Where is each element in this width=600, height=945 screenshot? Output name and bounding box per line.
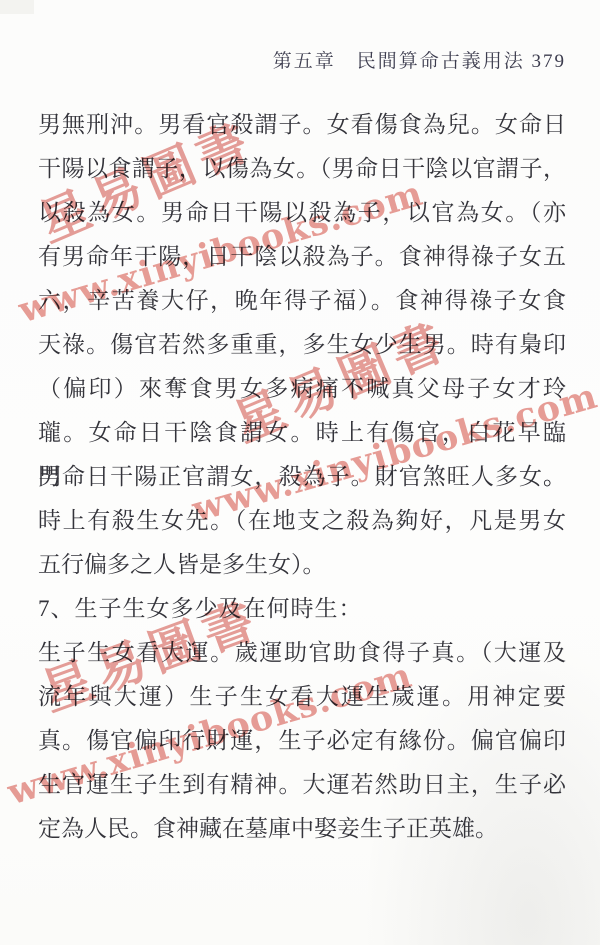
text-line: 生子生女看大運。歲運助官助食得子真。（大運及 [38, 631, 566, 675]
text-line: 時上有殺生女先。（在地支之殺為夠好，凡是男女 [38, 499, 566, 543]
text-line: 瓏。女命日干陰食謂女。時上有傷官，白花早臨門。 [38, 411, 566, 455]
scanned-book-page: 第五章 民間算命古義用法 379 男無刑沖。男看官殺謂子。女看傷食為兒。女命日 … [0, 0, 600, 945]
text-line: 真。傷官偏印行財運，生子必定有緣份。偏官偏印 [38, 719, 566, 763]
text-line: 男無刑沖。男看官殺謂子。女看傷食為兒。女命日 [38, 103, 566, 147]
text-line: 流年與大運）生子生女看大運生歲運。用神定要 [38, 675, 566, 719]
text-line: 男命日干陽正官謂女，殺為子。財官煞旺人多女。 [38, 455, 566, 499]
text-line: 六，辛苦養大仔，晚年得子福）。食神得祿子女食 [38, 279, 566, 323]
body-text: 男無刑沖。男看官殺謂子。女看傷食為兒。女命日 干陽以食謂子，以傷為女。（男命日干… [38, 103, 566, 851]
text-line: 有男命年干陽，日干陰以殺為子。食神得祿子女五 [38, 235, 566, 279]
text-line: 生官運生子生到有精神。大運若然助日主，生子必 [38, 763, 566, 807]
text-line: （偏印）來奪食男女多病痛不喊真父母子女才玲 [38, 367, 566, 411]
text-line: 五行偏多之人皆是多生女）。 [38, 543, 566, 587]
text-line: 干陽以食謂子，以傷為女。（男命日干陰以官謂子， [38, 147, 566, 191]
text-line: 以殺為女。男命日干陽以殺為子，以官為女。（亦 [38, 191, 566, 235]
text-line: 天祿。傷官若然多重重，多生女少生男。時有梟印 [38, 323, 566, 367]
text-line: 定為人民。食神藏在墓庫中娶妾生子正英雄。 [38, 807, 566, 851]
scan-edge-artifact [0, 0, 34, 14]
page-header: 第五章 民間算命古義用法 379 [273, 46, 566, 73]
section-heading: 7、生子生女多少及在何時生： [38, 587, 566, 631]
